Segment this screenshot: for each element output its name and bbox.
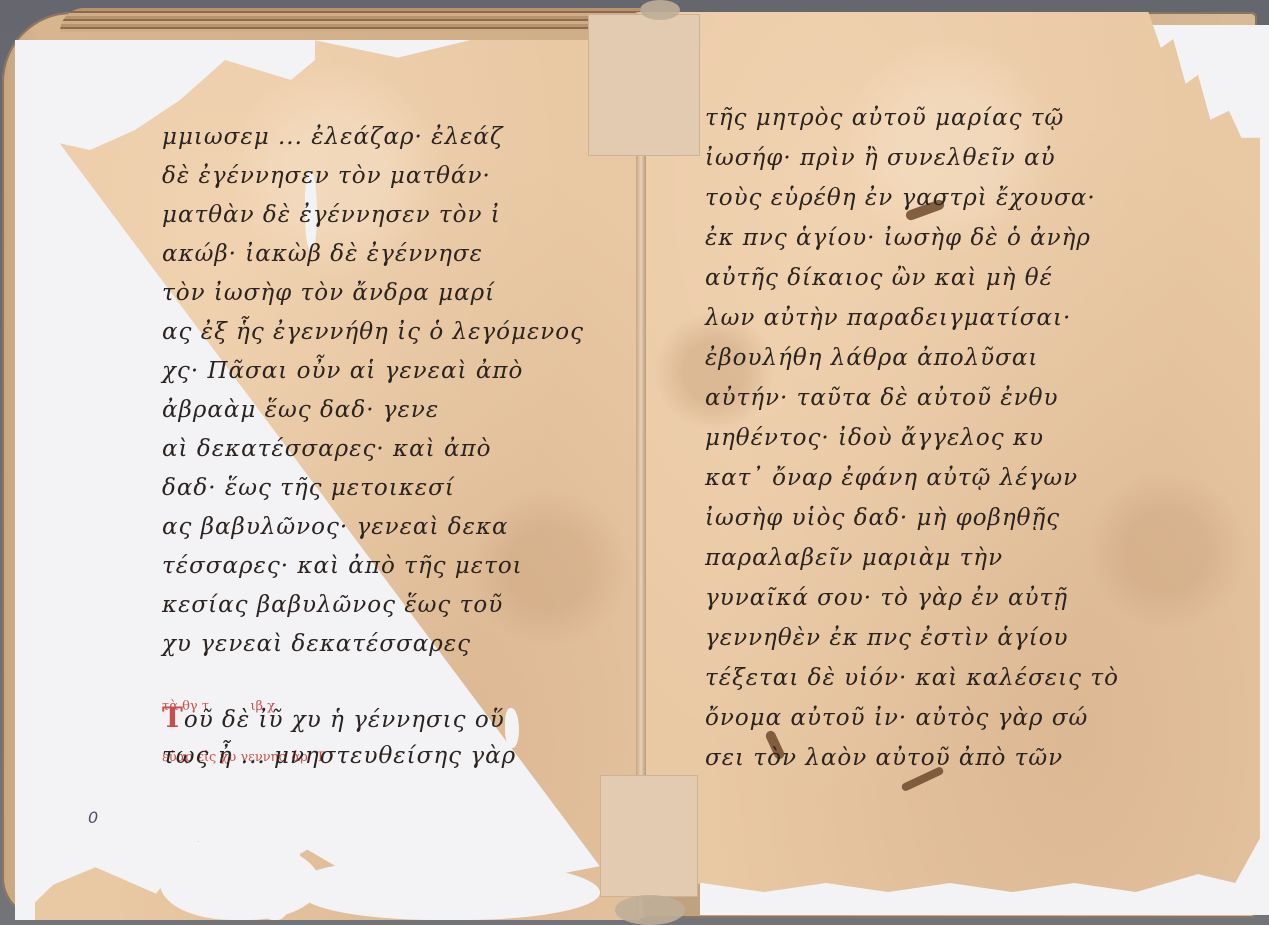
pencil-foliation-mark: 0: [88, 808, 98, 827]
text-line: τὸν ἰωσὴφ τὸν ἄνδρα μαρί: [162, 274, 602, 313]
red-initial: Τ: [162, 701, 184, 734]
binding-thread-bottom: [615, 895, 685, 925]
text-line: αὶ δεκατέσσαρες· καὶ ἀπὸ: [162, 430, 602, 469]
text-line: αὐτήν· ταῦτα δὲ αὐτοῦ ἐνθυ: [705, 378, 1165, 418]
right-text-column: τῆς μητρὸς αὐτοῦ μαρίας τῷ ἰωσήφ· πρὶν ἢ…: [705, 98, 1165, 778]
rubric-lection-heading: τὰ θγ τ ιβ χ εὐαρ εἰς χυ γεννησ ἀρ Τ: [162, 664, 602, 698]
left-text-column: μμιωσεμ ... ἐλεάζαρ· ἐλεάζ δὲ ἐγέννησεν …: [162, 118, 602, 776]
text-line: δὲ ἐγέννησεν τὸν ματθάν·: [162, 157, 602, 196]
text-line: μμιωσεμ ... ἐλεάζαρ· ἐλεάζ: [162, 118, 602, 157]
text-line: γυναῖκά σου· τὸ γὰρ ἐν αὐτῇ: [705, 578, 1165, 618]
text-line: τοὺς εὑρέθη ἐν γαστρὶ ἔχουσα·: [705, 178, 1165, 218]
text-line: κεσίας βαβυλῶνος ἕως τοῦ: [162, 586, 602, 625]
text-line: λων αὐτὴν παραδειγματίσαι·: [705, 298, 1165, 338]
text-line: ἐκ πνς ἁγίου· ἰωσὴφ δὲ ὁ ἀνὴρ: [705, 218, 1165, 258]
text-line: κατ᾽ ὄναρ ἐφάνη αὐτῷ λέγων: [705, 458, 1165, 498]
binding-thread-top: [640, 0, 680, 20]
spine-repair-strip-bottom: [600, 775, 698, 897]
text-line: ἰωσὴφ υἱὸς δαδ· μὴ φοβηθῇς: [705, 498, 1165, 538]
text-line: παραλαβεῖν μαριὰμ τὴν: [705, 538, 1165, 578]
text-line: ακώβ· ἰακὼβ δὲ ἐγέννησε: [162, 235, 602, 274]
text-line: οῦ δὲ ἰῦ χυ ἡ γέννησις οὕ: [184, 707, 505, 733]
text-line: ὄνομα αὐτοῦ ἰν· αὐτὸς γὰρ σώ: [705, 698, 1165, 738]
text-line: σει τὸν λαὸν αὐτοῦ ἀπὸ τῶν: [705, 738, 1165, 778]
text-line: χς· Πᾶσαι οὖν αἱ γενεαὶ ἀπὸ: [162, 352, 602, 391]
text-line: ματθὰν δὲ ἐγέννησεν τὸν ἰ: [162, 196, 602, 235]
text-line: δαδ· ἕως τῆς μετοικεσί: [162, 469, 602, 508]
text-line: ἐβουλήθη λάθρα ἀπολῦσαι: [705, 338, 1165, 378]
text-line: τῆς μητρὸς αὐτοῦ μαρίας τῷ: [705, 98, 1165, 138]
text-line: τέξεται δὲ υἱόν· καὶ καλέσεις τὸ: [705, 658, 1165, 698]
text-line: τέσσαρες· καὶ ἀπὸ τῆς μετοι: [162, 547, 602, 586]
text-line: τως ἦ ... μνηστευθείσης γὰρ: [162, 737, 602, 776]
text-line: χυ γενεαὶ δεκατέσσαρες: [162, 625, 602, 664]
text-line-with-initial: Τοῦ δὲ ἰῦ χυ ἡ γέννησις οὕ: [162, 698, 602, 737]
spine-repair-strip-top: [588, 14, 700, 156]
text-line: ας βαβυλῶνος· γενεαὶ δεκα: [162, 508, 602, 547]
text-line: ας ἐξ ἧς ἐγεννήθη ἰς ὁ λεγόμενος: [162, 313, 602, 352]
text-line: αὐτῆς δίκαιος ὢν καὶ μὴ θέ: [705, 258, 1165, 298]
text-line: μηθέντος· ἰδοὺ ἄγγελος κυ: [705, 418, 1165, 458]
book-top-edge: [60, 8, 640, 32]
text-line: ἀβραὰμ ἕως δαδ· γενε: [162, 391, 602, 430]
text-line: ἰωσήφ· πρὶν ἢ συνελθεῖν αὐ: [705, 138, 1165, 178]
text-line: γεννηθὲν ἐκ πνς ἐστὶν ἁγίου: [705, 618, 1165, 658]
